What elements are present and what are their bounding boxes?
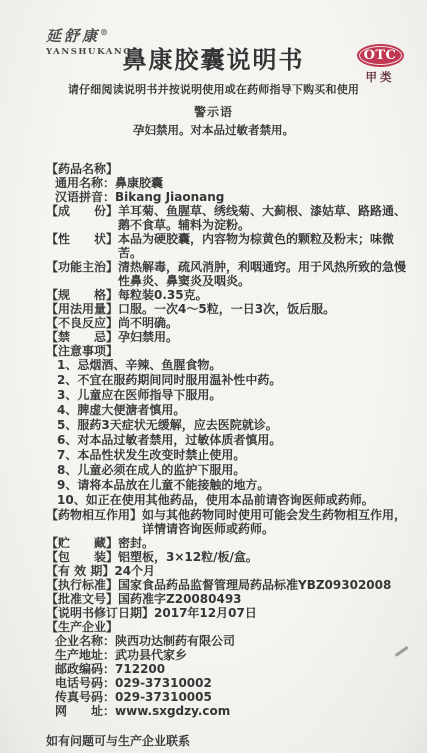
- brand-logo: 延舒康® YANSHUKANG: [46, 25, 132, 57]
- manufacturer-key: 电话号码：: [55, 676, 115, 690]
- field-label: 【规 格】: [46, 288, 118, 302]
- field-value: 24个月: [114, 564, 414, 578]
- field-label: 【生产企业】: [46, 620, 118, 634]
- manufacturer-value: 712200: [115, 662, 165, 676]
- manufacturer-key: 企业名称：: [55, 634, 115, 648]
- field-approval-number: 【批准文号】 国药准字Z20080493: [46, 592, 414, 606]
- field-value: 密封。: [118, 536, 414, 550]
- field-label: 【说明书修订日期】: [46, 606, 154, 620]
- manufacturer-value: www.sxgdzy.com: [115, 704, 230, 718]
- field-value: 2017年12月07日: [154, 606, 414, 620]
- precaution-item: 6、 对本品过敏者禁用，过敏体质者慎用。: [46, 433, 414, 448]
- field-value: 铝塑板，3×12粒/板/盒。: [118, 550, 414, 564]
- precaution-text: 对本品过敏者禁用，过敏体质者慎用。: [77, 433, 414, 448]
- manufacturer-key: 传真号码：: [55, 690, 115, 704]
- contact-note: 如有问题可与生产企业联系: [0, 732, 427, 749]
- field-value: 如与其他药物同时使用可能会发生药物相互作用，详情请咨询医师或药师。: [142, 508, 414, 536]
- field-value: 羊耳菊、鱼腥草、绣线菊、大蓟根、漆姑草、路路通、鹅不食草。辅料为淀粉。: [118, 204, 414, 232]
- otc-badge: OTC 甲类: [354, 44, 406, 85]
- manufacturer-line: 企业名称： 陕西功达制药有限公司: [46, 634, 414, 648]
- generic-name-value: 鼻康胶囊: [115, 176, 163, 190]
- brand-name-cn: 延舒康®: [46, 25, 132, 46]
- field-value: 口服。一次4～5粒，一日3次，饭后服。: [118, 302, 414, 316]
- field-value: 国家食品药品监督管理局药品标准YBZ09302008: [118, 578, 414, 592]
- manufacturer-value: 029-37310005: [115, 690, 212, 704]
- field-label: 【禁 忌】: [46, 330, 118, 344]
- field-value: 国药准字Z20080493: [118, 592, 414, 606]
- field-adverse-reactions: 【不良反应】 尚不明确。: [46, 316, 414, 330]
- field-standard: 【执行标准】 国家食品药品监督管理局药品标准YBZ09302008: [46, 578, 414, 592]
- manufacturer-value: 陕西功达制药有限公司: [115, 634, 235, 648]
- precaution-item: 9、 请将本品放在儿童不能接触的地方。: [46, 478, 414, 493]
- otc-category-label: 甲类: [354, 69, 406, 85]
- precaution-number: 9、: [57, 478, 77, 493]
- package-insert-page: 延舒康® YANSHUKANG OTC 甲类 鼻康胶囊说明书 请仔细阅读说明书并…: [0, 0, 427, 753]
- precaution-text: 脾虚大便溏者慎用。: [77, 403, 414, 418]
- field-label: 【成 份】: [46, 204, 118, 232]
- field-label: 【执行标准】: [46, 578, 118, 592]
- pinyin-key: 汉语拼音：: [55, 190, 115, 204]
- field-drug-name: 【药品名称】: [46, 162, 414, 176]
- manufacturer-line: 传真号码： 029-37310005: [46, 690, 414, 704]
- precaution-item: 8、 儿童必须在成人的监护下服用。: [46, 463, 414, 478]
- pinyin-line: 汉语拼音： Bikang Jiaonang: [46, 190, 414, 204]
- warning-text: 孕妇禁用。对本品过敏者禁用。: [0, 122, 427, 138]
- precaution-text: 本品性状发生改变时禁止使用。: [77, 448, 414, 463]
- field-character: 【性 状】 本品为硬胶囊，内容物为棕黄色的颗粒及粉末；味微苦。: [46, 232, 414, 260]
- manufacturer-line: 电话号码： 029-37310002: [46, 676, 414, 690]
- pinyin-value: Bikang Jiaonang: [115, 190, 224, 204]
- manufacturer-line: 网 址： www.sxgdzy.com: [46, 704, 414, 718]
- field-label: 【功能主治】: [46, 260, 118, 288]
- precaution-text: 儿童必须在成人的监护下服用。: [77, 463, 414, 478]
- precaution-number: 8、: [57, 463, 77, 478]
- field-contraindications: 【禁 忌】 孕妇禁用。: [46, 330, 414, 344]
- precaution-text: 忌烟酒、辛辣、鱼腥食物。: [77, 358, 414, 373]
- manufacturer-line: 邮政编码： 712200: [46, 662, 414, 676]
- field-manufacturer: 【生产企业】: [46, 620, 414, 634]
- precaution-item: 1、 忌烟酒、辛辣、鱼腥食物。: [46, 358, 414, 373]
- field-value: 孕妇禁用。: [118, 330, 414, 344]
- field-value: 清热解毒，疏风消肿，利咽通窍。用于风热所致的急慢性鼻炎、鼻窦炎及咽炎。: [118, 260, 414, 288]
- precaution-text: 服药3天症状无缓解，应去医院就诊。: [77, 418, 414, 433]
- precaution-item: 5、 服药3天症状无缓解，应去医院就诊。: [46, 418, 414, 433]
- precaution-text: 不宜在服药期间同时服用温补性中药。: [77, 373, 414, 388]
- precaution-text: 儿童应在医师指导下服用。: [77, 388, 414, 403]
- field-label: 【用法用量】: [46, 302, 118, 316]
- brand-name-en: YANSHUKANG: [46, 47, 132, 57]
- warning-heading: 警示语: [0, 103, 427, 120]
- field-storage: 【贮 藏】 密封。: [46, 536, 414, 550]
- manufacturer-line: 生产地址： 武功县代家乡: [46, 648, 414, 662]
- field-label: 【包 装】: [46, 550, 118, 564]
- field-value: 尚不明确。: [118, 316, 414, 330]
- manufacturer-value: 武功县代家乡: [115, 648, 187, 662]
- precaution-number: 1、: [57, 358, 77, 373]
- precaution-item: 4、 脾虚大便溏者慎用。: [46, 403, 414, 418]
- field-package: 【包 装】 铝塑板，3×12粒/板/盒。: [46, 550, 414, 564]
- precaution-item: 7、 本品性状发生改变时禁止使用。: [46, 448, 414, 463]
- brand-name-cn-text: 延舒康: [46, 27, 100, 45]
- field-value: 本品为硬胶囊，内容物为棕黄色的颗粒及粉末；味微苦。: [118, 232, 414, 260]
- field-label: 【性 状】: [46, 232, 118, 260]
- precaution-text: 如正在使用其他药品，使用本品前请咨询医师或药师。: [86, 493, 414, 508]
- manufacturer-value: 029-37310002: [115, 676, 212, 690]
- precaution-number: 7、: [57, 448, 77, 463]
- manufacturer-key: 网 址：: [55, 704, 115, 718]
- field-label: 【药品名称】: [46, 162, 118, 176]
- otc-oval-icon: OTC: [357, 44, 404, 67]
- precaution-item: 2、 不宜在服药期间同时服用温补性中药。: [46, 373, 414, 388]
- manufacturer-key: 邮政编码：: [55, 662, 115, 676]
- generic-name-line: 通用名称： 鼻康胶囊: [46, 176, 414, 190]
- manufacturer-key: 生产地址：: [55, 648, 115, 662]
- field-validity: 【有 效 期】 24个月: [46, 564, 414, 578]
- field-label: 【贮 藏】: [46, 536, 118, 550]
- field-label: 【注意事项】: [46, 344, 118, 358]
- field-interactions: 【药物相互作用】 如与其他药物同时使用可能会发生药物相互作用，详情请咨询医师或药…: [46, 508, 414, 536]
- field-revision-date: 【说明书修订日期】 2017年12月07日: [46, 606, 414, 620]
- precaution-number: 10、: [57, 493, 86, 508]
- field-label: 【不良反应】: [46, 316, 118, 330]
- field-specification: 【规 格】 每粒装0.35克。: [46, 288, 414, 302]
- field-indications: 【功能主治】 清热解毒，疏风消肿，利咽通窍。用于风热所致的急慢性鼻炎、鼻窦炎及咽…: [46, 260, 414, 288]
- precaution-item: 3、 儿童应在医师指导下服用。: [46, 388, 414, 403]
- field-label: 【批准文号】: [46, 592, 118, 606]
- field-value: 每粒装0.35克。: [118, 288, 414, 302]
- otc-label: OTC: [364, 48, 397, 63]
- field-label: 【有 效 期】: [46, 564, 114, 578]
- insert-body: 【药品名称】 通用名称： 鼻康胶囊 汉语拼音： Bikang Jiaonang …: [46, 162, 414, 718]
- field-label: 【药物相互作用】: [46, 508, 142, 536]
- precaution-number: 3、: [57, 388, 77, 403]
- precaution-number: 4、: [57, 403, 77, 418]
- registered-trademark-icon: ®: [100, 27, 108, 37]
- precaution-number: 5、: [57, 418, 77, 433]
- field-dosage: 【用法用量】 口服。一次4～5粒，一日3次，饭后服。: [46, 302, 414, 316]
- field-precautions: 【注意事项】: [46, 344, 414, 358]
- precaution-item: 10、 如正在使用其他药品，使用本品前请咨询医师或药师。: [46, 493, 414, 508]
- precaution-number: 6、: [57, 433, 77, 448]
- generic-name-key: 通用名称：: [55, 176, 115, 190]
- precaution-number: 2、: [57, 373, 77, 388]
- field-ingredients: 【成 份】 羊耳菊、鱼腥草、绣线菊、大蓟根、漆姑草、路路通、鹅不食草。辅料为淀粉…: [46, 204, 414, 232]
- precaution-text: 请将本品放在儿童不能接触的地方。: [77, 478, 414, 493]
